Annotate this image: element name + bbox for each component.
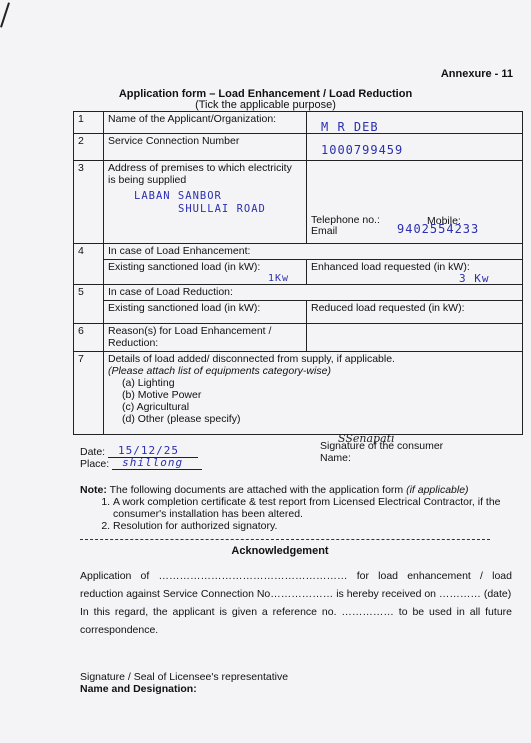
enhanced-load-field[interactable]: Enhanced load requested (in kW): 3 Kw [307,260,523,285]
address-line-1: LABAN SANBOR [134,190,302,202]
table-row-7: 7 Details of load added/ disconnected fr… [74,352,523,435]
existing-load-reduction-field[interactable]: Existing sanctioned load (in kW): [104,301,307,324]
note-item: A work completion certificate & test rep… [113,496,520,520]
note-text-italic: (if applicable) [406,484,468,496]
service-connection-value: 1000799459 [321,144,528,156]
address-cell[interactable]: Address of premises to which electricity… [104,161,307,244]
row-number: 1 [74,112,104,134]
mobile-value: 9402554233 [397,223,479,235]
load-item-other: (d) Other (please specify) [108,413,518,425]
existing-load-enhancement-field[interactable]: Existing sanctioned load (in kW): 1Kw [104,260,307,285]
reason-field[interactable] [307,324,523,352]
load-item-agricultural: (c) Agricultural [108,401,518,413]
note-label: Note: [80,484,107,496]
date-label: Date: [80,446,105,458]
acknowledgement-body: Application of ……………………………………………… for lo… [80,567,512,639]
existing-load-value: 1Kw [268,273,289,285]
reduced-load-field[interactable]: Reduced load requested (in kW): [307,301,523,324]
address-label: Address of premises to which electricity… [108,162,302,186]
place-value: shillong [122,457,183,469]
pen-mark [0,2,10,27]
enhanced-load-value: 3 Kw [459,273,490,285]
annexure-label: Annexure - 11 [441,68,513,80]
place-field[interactable]: shillong [112,458,202,470]
table-row-4-sub: Existing sanctioned load (in kW): 1Kw En… [74,260,523,285]
table-row-4: 4 In case of Load Enhancement: [74,244,523,260]
email-label: Email [311,225,337,237]
table-row-1: 1 Name of the Applicant/Organization: M … [74,112,523,134]
applicant-name-value: M R DEB [321,121,528,133]
contact-cell[interactable]: Telephone no.: Mobile: Email 9402554233 [307,161,523,244]
table-row-3: 3 Address of premises to which electrici… [74,161,523,244]
licensee-name-label: Name and Designation: [80,683,197,695]
table-row-5: 5 In case of Load Reduction: [74,285,523,301]
load-reduction-label: In case of Load Reduction: [104,285,523,301]
licensee-block: Signature / Seal of Licensee's represent… [80,671,288,695]
load-details-note: (Please attach list of equipments catego… [108,365,518,377]
table-row-6: 6 Reason(s) for Load Enhancement / Reduc… [74,324,523,352]
application-table: 1 Name of the Applicant/Organization: M … [73,111,523,435]
reason-label: Reason(s) for Load Enhancement / Reducti… [104,324,307,352]
date-place-block: Date: 15/12/25 Place: shillong [80,446,202,470]
place-label: Place: [80,458,109,470]
row-number: 5 [74,285,104,324]
consumer-name-label: Name: [320,452,443,464]
service-connection-field[interactable]: 1000799459 [307,134,523,161]
load-item-motive-power: (b) Motive Power [108,389,518,401]
acknowledgement-paragraph-2: In this regard, the applicant is given a… [80,603,512,639]
row-number: 3 [74,161,104,244]
signature-label: Signature of the consumer [320,440,443,452]
existing-load-label: Existing sanctioned load (in kW): [108,261,302,273]
signature-block: Signature of the consumer Name: [320,440,443,464]
note-block: Note: The following documents are attach… [80,484,520,532]
divider [80,539,490,540]
load-item-lighting: (a) Lighting [108,377,518,389]
form-subtitle: (Tick the applicable purpose) [0,99,531,111]
existing-load-label: Existing sanctioned load (in kW): [108,302,260,314]
note-item: Resolution for authorized signatory. [113,520,520,532]
service-connection-label: Service Connection Number [104,134,307,161]
load-enhancement-label: In case of Load Enhancement: [104,244,523,260]
row-number: 6 [74,324,104,352]
row-number: 7 [74,352,104,435]
row-number: 2 [74,134,104,161]
applicant-name-field[interactable]: M R DEB [307,112,523,134]
note-text: The following documents are attached wit… [110,484,404,496]
table-row-5-sub: Existing sanctioned load (in kW): Reduce… [74,301,523,324]
load-details-label: Details of load added/ disconnected from… [108,353,518,365]
licensee-signature-label: Signature / Seal of Licensee's represent… [80,671,288,683]
table-row-2: 2 Service Connection Number 1000799459 [74,134,523,161]
acknowledgement-paragraph-1: Application of ……………………………………………… for lo… [80,567,512,603]
row-number: 4 [74,244,104,285]
acknowledgement-title: Acknowledgement [0,545,531,557]
load-details-cell[interactable]: Details of load added/ disconnected from… [104,352,523,435]
address-line-2: SHULLAI ROAD [178,203,302,215]
reduced-load-label: Reduced load requested (in kW): [311,302,465,314]
applicant-name-label: Name of the Applicant/Organization: [104,112,307,134]
